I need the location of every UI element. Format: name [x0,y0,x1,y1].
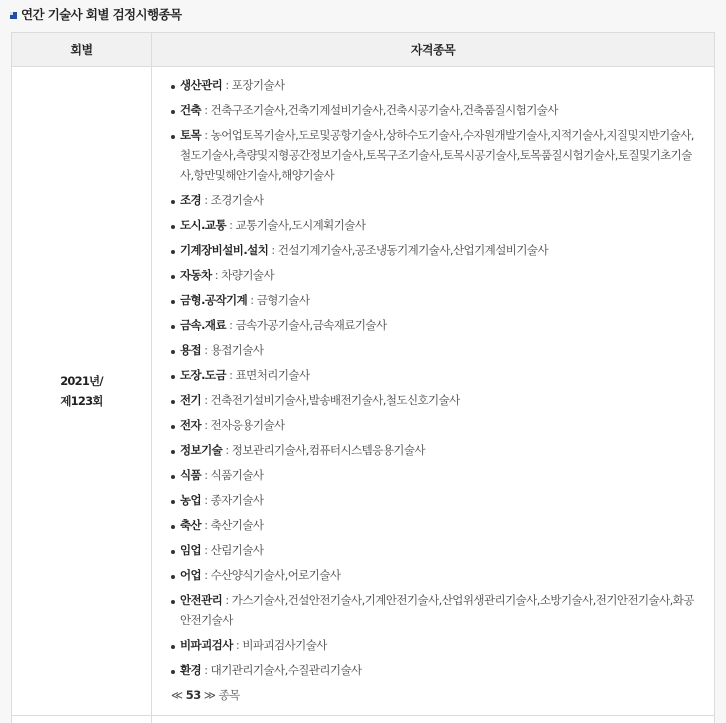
count-prefix: ≪ [171,688,183,702]
qualification-category-item: 정보기술 : 정보관리기술사,컴퓨터시스템응용기술사 [171,440,700,460]
category-name: 금속.재료 [180,318,226,332]
separator: : [226,318,236,332]
category-items: 축산기술사 [211,518,264,532]
category-name: 환경 [180,663,201,677]
category-name: 축산 [180,518,201,532]
separator: : [201,568,211,582]
table-row [12,716,715,723]
qualification-category-item: 임업 : 산림기술사 [171,540,700,560]
qualification-category-item: 금형.공작기계 : 금형기술사 [171,290,700,310]
qualification-category-item: 조경 : 조경기술사 [171,190,700,210]
qualification-category-item: 축산 : 축산기술사 [171,515,700,535]
qualification-category-item: 농업 : 종자기술사 [171,490,700,510]
qualification-category-item: 도시.교통 : 교통기술사,도시계획기술사 [171,215,700,235]
total-count: ≪ 53 ≫ 종목 [171,685,700,705]
separator: : [201,193,211,207]
category-name: 건축 [180,103,201,117]
section-title-text: 연간 기술사 회별 검정시행종목 [21,5,181,23]
category-items: 전자응용기술사 [211,418,285,432]
category-items: 식품기술사 [211,468,264,482]
category-name: 도장.도금 [180,368,226,382]
category-items: 건축구조기술사,건축기계설비기술사,건축시공기술사,건축품질시험기술사 [211,103,558,117]
category-items: 가스기술사,건설안전기술사,기계안전기술사,산업위생관리기술사,소방기술사,전기… [180,593,694,627]
category-items: 종자기술사 [211,493,264,507]
separator: : [268,243,278,257]
category-items: 비파괴검사기술사 [242,638,326,652]
category-name: 기계장비설비.설치 [180,243,268,257]
category-name: 안전관리 [180,593,222,607]
separator: : [226,218,236,232]
category-items: 조경기술사 [211,193,264,207]
category-items: 용접기술사 [211,343,264,357]
exam-schedule-page: 연간 기술사 회별 검정시행종목 회별 자격종목 2021년/ 제123회 생산… [0,0,726,723]
category-items: 건축전기설비기술사,발송배전기술사,철도신호기술사 [211,393,460,407]
qualification-list: 생산관리 : 포장기술사건축 : 건축구조기술사,건축기계설비기술사,건축시공기… [171,75,700,680]
separator: : [226,368,236,382]
separator: : [201,393,211,407]
category-name: 정보기술 [180,443,222,457]
qualification-category-item: 금속.재료 : 금속가공기술사,금속재료기술사 [171,315,700,335]
category-name: 자동차 [180,268,212,282]
square-bullet-icon [10,12,17,19]
qualification-category-item: 용접 : 용접기술사 [171,340,700,360]
items-cell: 생산관리 : 포장기술사건축 : 건축구조기술사,건축기계설비기술사,건축시공기… [152,67,715,716]
qualification-category-item: 전자 : 전자응용기술사 [171,415,700,435]
separator: : [212,268,222,282]
category-name: 비파괴검사 [180,638,233,652]
column-header-items: 자격종목 [152,33,715,67]
separator: : [201,518,211,532]
qualification-category-item: 도장.도금 : 표면처리기술사 [171,365,700,385]
separator: : [201,543,211,557]
separator: : [201,103,211,117]
separator: : [201,663,211,677]
category-name: 용접 [180,343,201,357]
category-items: 산림기술사 [211,543,264,557]
category-items: 표면처리기술사 [236,368,310,382]
separator: : [233,638,243,652]
category-name: 도시.교통 [180,218,226,232]
section-title: 연간 기술사 회별 검정시행종목 [10,4,181,24]
separator: : [201,418,211,432]
category-items: 대기관리기술사,수질관리기술사 [211,663,362,677]
qualification-category-item: 환경 : 대기관리기술사,수질관리기술사 [171,660,700,680]
qualification-table: 회별 자격종목 2021년/ 제123회 생산관리 : 포장기술사건축 : 건축… [11,32,715,723]
items-cell [152,716,715,723]
round-number: 제123회 [13,391,150,411]
round-cell [12,716,152,723]
separator: : [222,593,232,607]
category-items: 차량기술사 [221,268,274,282]
category-name: 식품 [180,468,201,482]
qualification-category-item: 토목 : 농어업토목기술사,도로및공항기술사,상하수도기술사,수자원개발기술사,… [171,125,700,185]
category-items: 금형기술사 [257,293,310,307]
qualification-category-item: 비파괴검사 : 비파괴검사기술사 [171,635,700,655]
category-name: 전기 [180,393,201,407]
category-items: 금속가공기술사,금속재료기술사 [236,318,387,332]
qualification-category-item: 어업 : 수산양식기술사,어로기술사 [171,565,700,585]
category-name: 임업 [180,543,201,557]
separator: : [201,343,211,357]
qualification-category-item: 식품 : 식품기술사 [171,465,700,485]
category-name: 조경 [180,193,201,207]
category-items: 정보관리기술사,컴퓨터시스템응용기술사 [232,443,425,457]
round-year: 2021년/ [13,371,150,391]
count-value: 53 [186,688,201,702]
qualification-category-item: 생산관리 : 포장기술사 [171,75,700,95]
category-name: 어업 [180,568,201,582]
table-header-row: 회별 자격종목 [12,33,715,67]
separator: : [222,78,232,92]
category-name: 생산관리 [180,78,222,92]
count-unit: 종목 [219,688,240,702]
category-name: 금형.공작기계 [180,293,247,307]
qualification-category-item: 자동차 : 차량기술사 [171,265,700,285]
qualification-category-item: 건축 : 건축구조기술사,건축기계설비기술사,건축시공기술사,건축품질시험기술사 [171,100,700,120]
separator: : [247,293,257,307]
qualification-category-item: 안전관리 : 가스기술사,건설안전기술사,기계안전기술사,산업위생관리기술사,소… [171,590,700,630]
count-suffix: ≫ [204,688,216,702]
separator: : [201,468,211,482]
qualification-category-item: 전기 : 건축전기설비기술사,발송배전기술사,철도신호기술사 [171,390,700,410]
category-items: 교통기술사,도시계획기술사 [236,218,366,232]
category-name: 토목 [180,128,201,142]
category-items: 포장기술사 [232,78,285,92]
round-cell: 2021년/ 제123회 [12,67,152,716]
table-row: 2021년/ 제123회 생산관리 : 포장기술사건축 : 건축구조기술사,건축… [12,67,715,716]
category-name: 농업 [180,493,201,507]
category-items: 건설기계기술사,공조냉동기계기술사,산업기계설비기술사 [278,243,548,257]
separator: : [201,128,211,142]
qualification-category-item: 기계장비설비.설치 : 건설기계기술사,공조냉동기계기술사,산업기계설비기술사 [171,240,700,260]
category-items: 수산양식기술사,어로기술사 [211,568,341,582]
column-header-round: 회별 [12,33,152,67]
separator: : [222,443,232,457]
separator: : [201,493,211,507]
category-name: 전자 [180,418,201,432]
category-items: 농어업토목기술사,도로및공항기술사,상하수도기술사,수자원개발기술사,지적기술사… [180,128,694,182]
